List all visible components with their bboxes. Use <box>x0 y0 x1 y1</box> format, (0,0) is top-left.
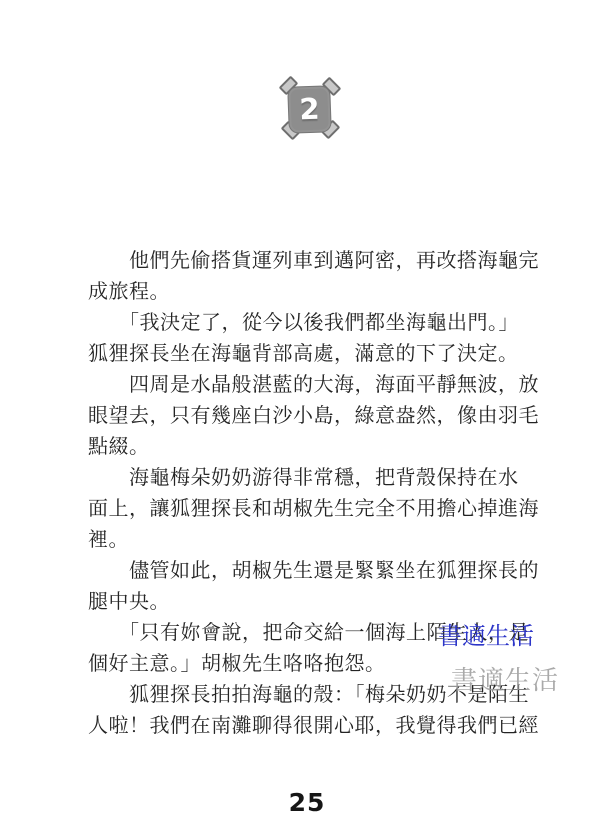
chapter-number-badge: 2 <box>279 77 345 141</box>
text-line: 腿中央。 <box>88 587 558 618</box>
text-line: 點綴。 <box>88 432 558 463</box>
text-line: 人啦！我們在南灘聊得很開心耶，我覺得我們已經 <box>88 711 558 742</box>
text-line: 成旅程。 <box>88 277 558 308</box>
text-line: 眼望去，只有幾座白沙小島，綠意盎然，像由羽毛 <box>88 401 558 432</box>
text-line: 他們先偷搭貨運列車到邁阿密，再改搭海龜完 <box>88 246 558 277</box>
watermark-gray: 書適生活 <box>451 667 559 696</box>
chapter-number: 2 <box>299 95 320 125</box>
text-line: 儘管如此，胡椒先生還是緊緊坐在狐狸探長的 <box>88 556 558 587</box>
text-line: 四周是水晶般湛藍的大海，海面平靜無波，放 <box>88 370 558 401</box>
text-line: 裡。 <box>88 525 558 556</box>
text-line: 面上，讓狐狸探長和胡椒先生完全不用擔心掉進海 <box>88 494 558 525</box>
page-number: 25 <box>0 788 598 817</box>
text-line: 「我決定了，從今以後我們都坐海龜出門。」 <box>88 308 558 339</box>
text-line: 狐狸探長坐在海龜背部高處，滿意的下了決定。 <box>88 339 558 370</box>
book-page: 2 他們先偷搭貨運列車到邁阿密，再改搭海龜完成旅程。 「我決定了，從今以後我們都… <box>0 0 598 838</box>
watermark-blue: 書適生活 <box>438 624 534 650</box>
text-line: 海龜梅朵奶奶游得非常穩，把背殼保持在水 <box>88 463 558 494</box>
chapter-badge-square: 2 <box>287 85 332 133</box>
